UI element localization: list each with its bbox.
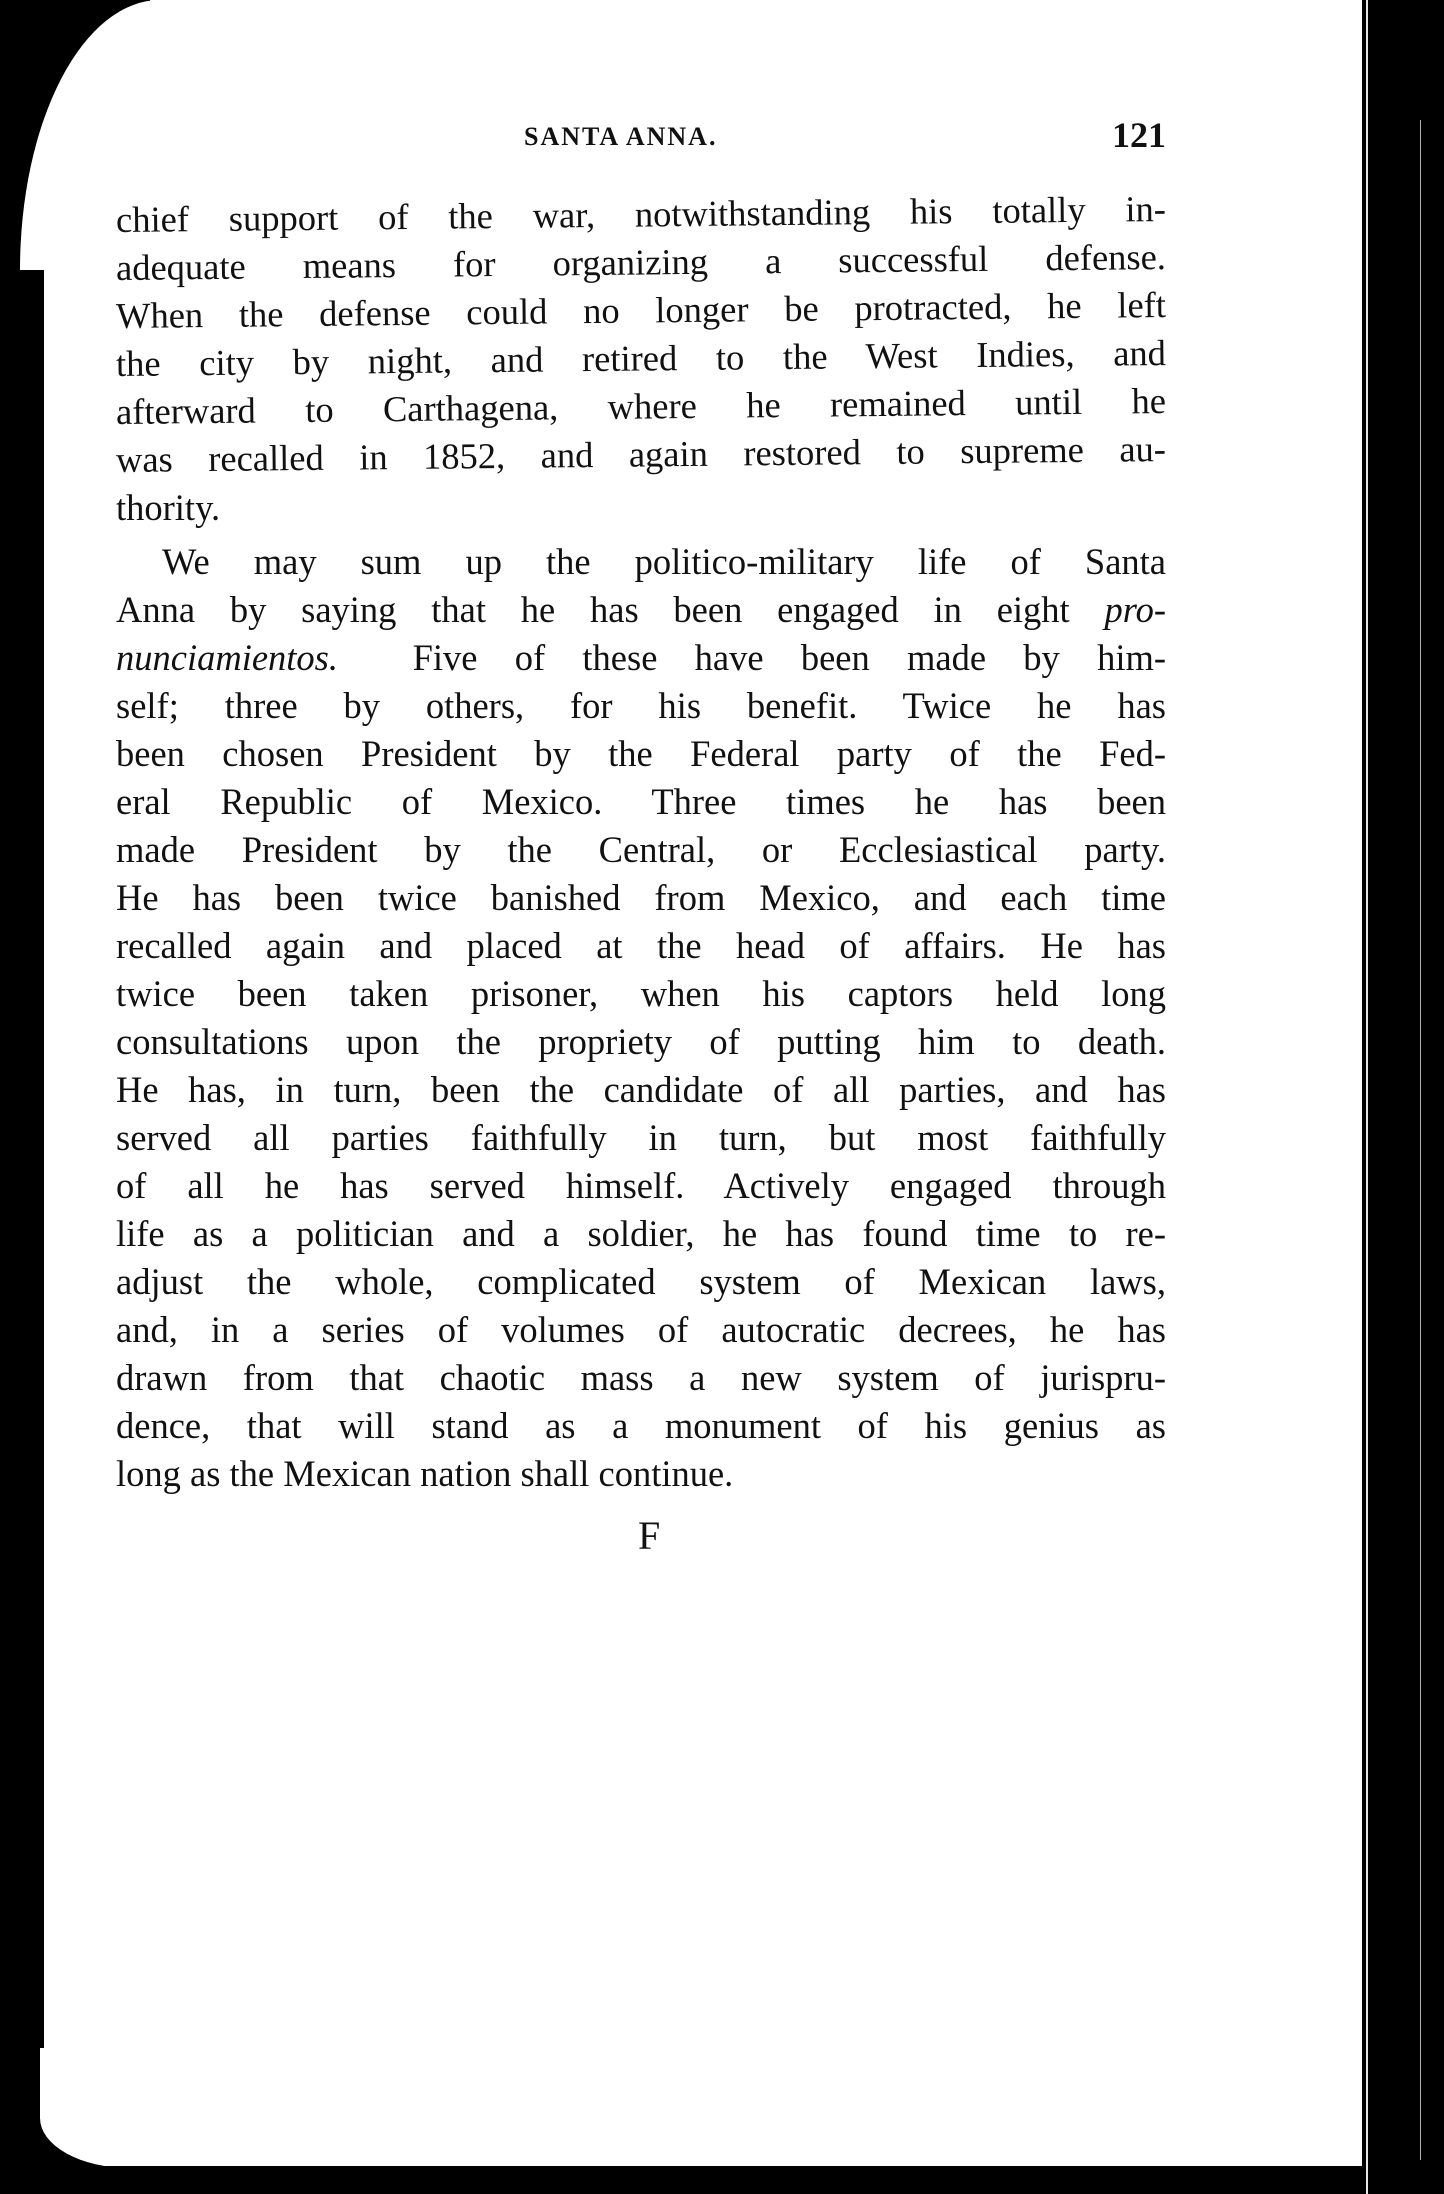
text-line: life as a politician and a soldier, he h… [116, 1210, 1166, 1258]
paragraph-2: We may sum up the politico-military life… [116, 538, 1166, 1498]
text-line: adjust the whole, complicated system of … [116, 1258, 1166, 1306]
text-line: was recalled in 1852, and again restored… [116, 425, 1166, 484]
binding-highlight-line [1366, 0, 1368, 2194]
scan-right-binding-shadow [1362, 0, 1444, 2194]
text-line: self; three by others, for his benefit. … [116, 682, 1166, 730]
running-title: SANTA ANNA. [524, 122, 717, 152]
text-line: consultations upon the propriety of putt… [116, 1018, 1166, 1066]
text-line: thority. [116, 484, 1166, 532]
text-line: long as the Mexican nation shall continu… [116, 1450, 1166, 1498]
text-line: and, in a series of volumes of autocrati… [116, 1306, 1166, 1354]
text-line: made President by the Central, or Eccles… [116, 826, 1166, 874]
text-line: drawn from that chaotic mass a new syste… [116, 1354, 1166, 1402]
text-line: twice been taken prisoner, when his capt… [116, 970, 1166, 1018]
text-line: been chosen President by the Federal par… [116, 730, 1166, 778]
text-line: served all parties faithfully in turn, b… [116, 1114, 1166, 1162]
paragraph-1: chief support of the war, notwithstandin… [116, 196, 1166, 532]
page-number: 121 [1112, 114, 1166, 156]
running-head: SANTA ANNA. 121 [464, 118, 1164, 158]
text-line: Anna by saying that he has been engaged … [116, 586, 1166, 634]
italic-fragment: nunciamientos. [116, 637, 338, 678]
scan-bottom-edge-shadow [0, 2166, 1444, 2194]
text-line: He has, in turn, been the candidate of a… [116, 1066, 1166, 1114]
italic-fragment: pro- [1104, 589, 1166, 630]
text-line: recalled again and placed at the head of… [116, 922, 1166, 970]
text-line: He has been twice banished from Mexico, … [116, 874, 1166, 922]
body-text: chief support of the war, notwithstandin… [116, 196, 1166, 1498]
text-line: of all he has served himself. Actively e… [116, 1162, 1166, 1210]
text-line: dence, that will stand as a monument of … [116, 1402, 1166, 1450]
signature-mark: F [638, 1512, 660, 1559]
text-fragment: Anna by saying that he has been engaged … [116, 589, 1070, 630]
text-line: We may sum up the politico-military life… [116, 538, 1166, 586]
text-fragment: Five of these have been made by him- [413, 637, 1166, 678]
text-line: eral Republic of Mexico. Three times he … [116, 778, 1166, 826]
binding-highlight-line [1420, 120, 1421, 2160]
text-line: nunciamientos. Five of these have been m… [116, 634, 1166, 682]
book-page: SANTA ANNA. 121 chief support of the war… [44, 0, 1362, 2166]
scan-left-edge-shadow [0, 0, 44, 2194]
